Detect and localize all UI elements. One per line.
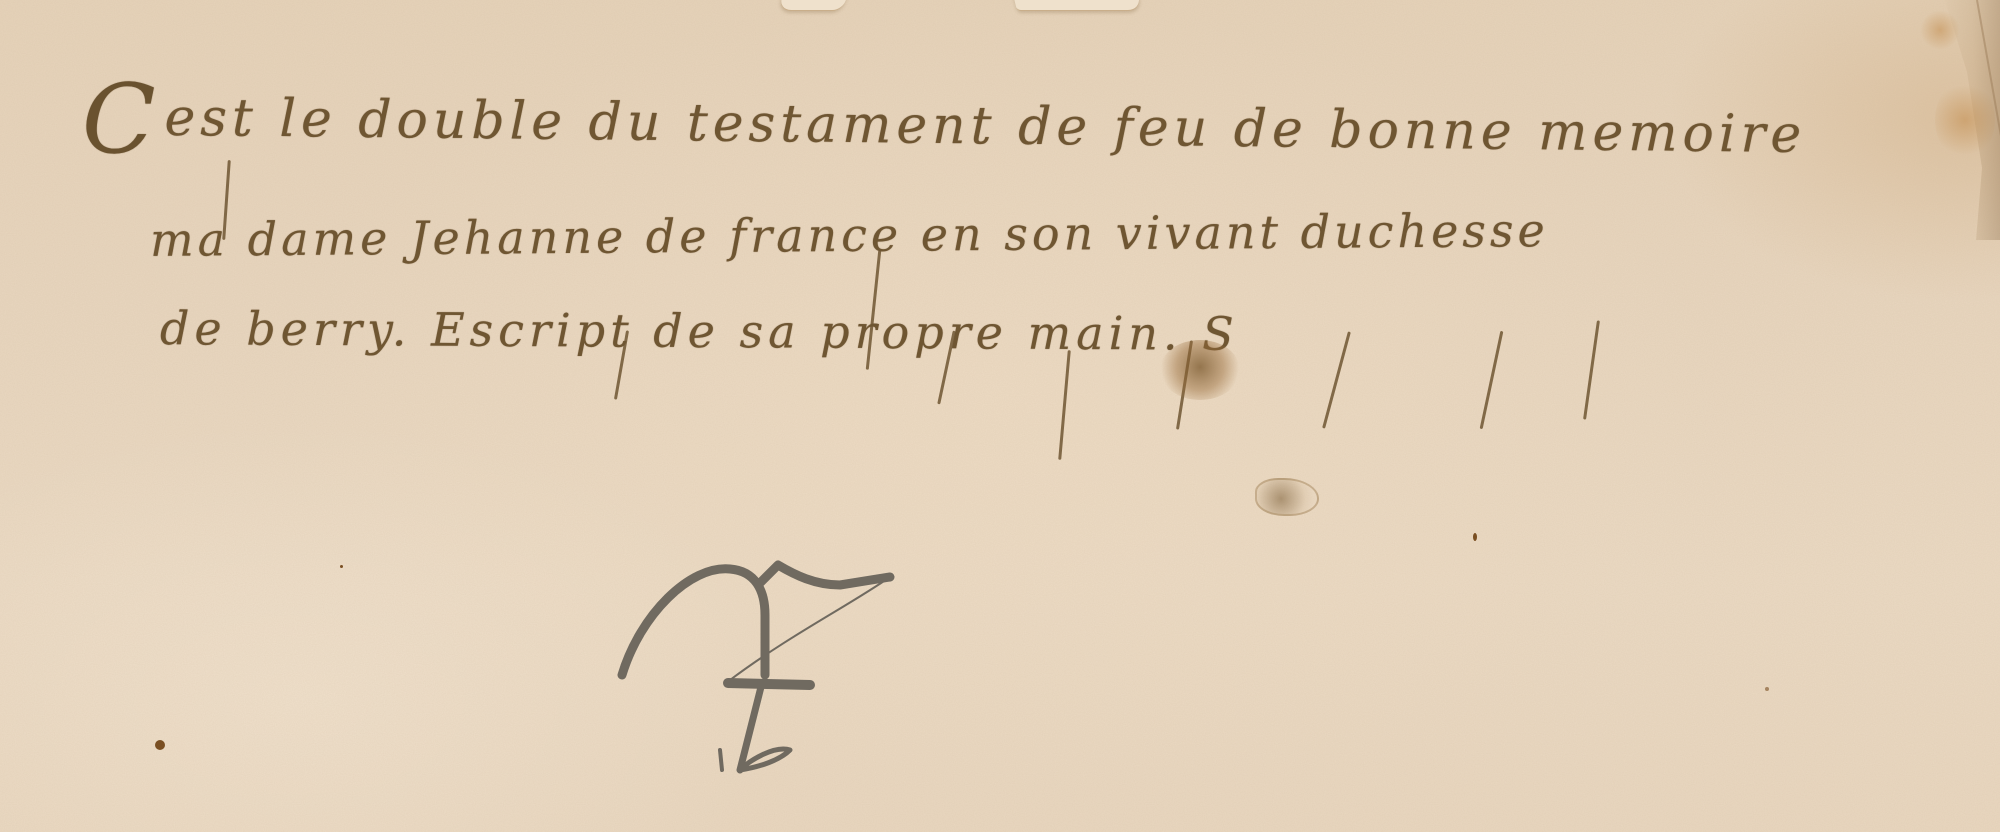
- ink-blot: [1160, 340, 1240, 400]
- foxing-stain: [1920, 10, 1960, 50]
- decorated-initial: C: [81, 63, 161, 176]
- manuscript-line-1: Cest le double du testament de feu de bo…: [82, 87, 1807, 165]
- torn-flap-left: [777, 0, 848, 11]
- pen-stroke: [1480, 331, 1504, 429]
- monogram-f-icon: [600, 545, 900, 785]
- paper-damage-hole: [1255, 478, 1319, 516]
- line-1-text: est le double du testament de feu de bon…: [164, 88, 1806, 165]
- manuscript-line-2: ma dame Jehanne de france en son vivant …: [150, 203, 1549, 267]
- paper-speck: [1473, 533, 1477, 541]
- pen-stroke: [1322, 331, 1351, 428]
- manuscript-page: Cest le double du testament de feu de bo…: [0, 0, 2000, 832]
- torn-flap-right: [1013, 0, 1142, 11]
- paper-speck: [1765, 687, 1769, 691]
- paper-speck: [340, 565, 343, 568]
- manuscript-line-3: de berry. Escript de sa propre main. S: [160, 301, 1239, 361]
- foxing-stain: [1935, 80, 1995, 160]
- pen-stroke: [1058, 350, 1071, 460]
- pen-stroke: [1583, 320, 1600, 419]
- paper-speck: [155, 740, 165, 750]
